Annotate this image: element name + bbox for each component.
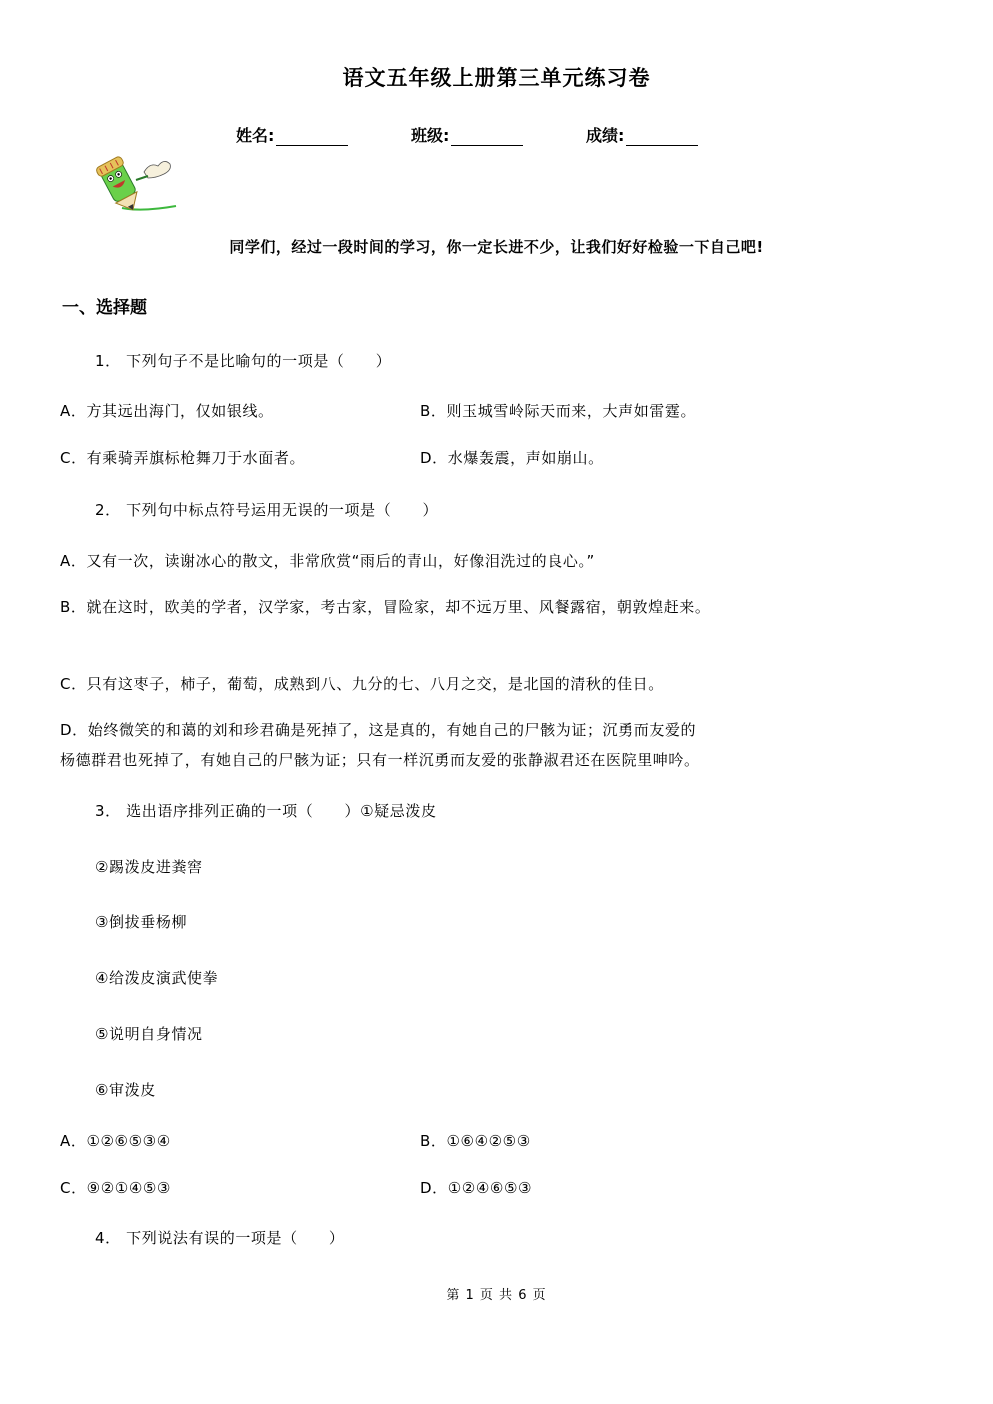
question-stem: 下列说法有误的一项是（ ）: [126, 1229, 344, 1247]
q3-option-d[interactable]: D．①②④⑥⑤③: [420, 1177, 532, 1198]
intro-text: 同学们，经过一段时间的学习，你一定长进不少，让我们好好检验一下自己吧!: [0, 236, 993, 257]
page-title: 语文五年级上册第三单元练习卷: [0, 62, 993, 92]
q2-option-b[interactable]: B．就在这时，欧美的学者，汉学家，考古家，冒险家，却不远万里、风餐露宿，朝敦煌赶…: [60, 596, 711, 617]
question-1: 1． 下列句子不是比喻句的一项是（ ）: [95, 350, 391, 371]
class-blank[interactable]: [451, 129, 523, 146]
pencil-mascot-icon: [92, 150, 182, 220]
question-2: 2． 下列句中标点符号运用无误的一项是（ ）: [95, 499, 438, 520]
q3-option-b[interactable]: B．①⑥④②⑤③: [420, 1130, 531, 1151]
question-number: 1．: [95, 352, 121, 370]
score-label: 成绩:: [586, 123, 624, 146]
q3-option-c[interactable]: C．⑨②①④⑤③: [60, 1177, 171, 1198]
name-label: 姓名:: [236, 123, 274, 146]
class-label: 班级:: [411, 123, 449, 146]
question-stem: 下列句子不是比喻句的一项是（ ）: [126, 352, 391, 370]
q2-option-a[interactable]: A．又有一次，读谢冰心的散文，非常欣赏“雨后的青山，好像泪洗过的良心。”: [60, 550, 595, 571]
question-number: 3．: [95, 802, 121, 820]
question-4: 4． 下列说法有误的一项是（ ）: [95, 1227, 345, 1248]
q1-option-a[interactable]: A．方其远出海门，仅如银线。: [60, 400, 274, 421]
q1-option-d[interactable]: D．水爆轰震，声如崩山。: [420, 447, 604, 468]
question-number: 2．: [95, 501, 121, 519]
section-heading-choice: 一、选择题: [62, 293, 147, 318]
question-number: 4．: [95, 1229, 121, 1247]
q1-option-b[interactable]: B．则玉城雪岭际天而来，大声如雷霆。: [420, 400, 696, 421]
score-field[interactable]: 成绩:: [586, 123, 698, 146]
name-field[interactable]: 姓名:: [236, 123, 348, 146]
q2-option-d[interactable]: D．始终微笑的和蔼的刘和珍君确是死掉了，这是真的，有她自己的尸骸为证；沉勇而友爱…: [60, 719, 696, 740]
question-stem: 下列句中标点符号运用无误的一项是（ ）: [126, 501, 438, 519]
q3-item-5: ⑤说明自身情况: [95, 1023, 203, 1044]
q2-option-c[interactable]: C．只有这枣子，柿子，葡萄，成熟到八、九分的七、八月之交，是北国的清秋的佳日。: [60, 673, 664, 694]
page-number: 第 1 页 共 6 页: [0, 1284, 993, 1303]
q3-item-2: ②踢泼皮进粪窖: [95, 856, 203, 877]
q3-item-6: ⑥审泼皮: [95, 1079, 156, 1100]
score-blank[interactable]: [626, 129, 698, 146]
question-stem: 选出语序排列正确的一项（ ）①疑忌泼皮: [126, 802, 436, 820]
question-3: 3． 选出语序排列正确的一项（ ）①疑忌泼皮: [95, 800, 437, 821]
name-blank[interactable]: [276, 129, 348, 146]
q3-item-4: ④给泼皮演武使拳: [95, 967, 218, 988]
class-field[interactable]: 班级:: [411, 123, 523, 146]
q3-option-a[interactable]: A．①②⑥⑤③④: [60, 1130, 171, 1151]
q1-option-c[interactable]: C．有乘骑弄旗标枪舞刀于水面者。: [60, 447, 305, 468]
q2-option-d-continued: 杨德群君也死掉了，有她自己的尸骸为证；只有一样沉勇而友爱的张静淑君还在医院里呻吟…: [60, 749, 700, 770]
q3-item-3: ③倒拔垂杨柳: [95, 911, 187, 932]
